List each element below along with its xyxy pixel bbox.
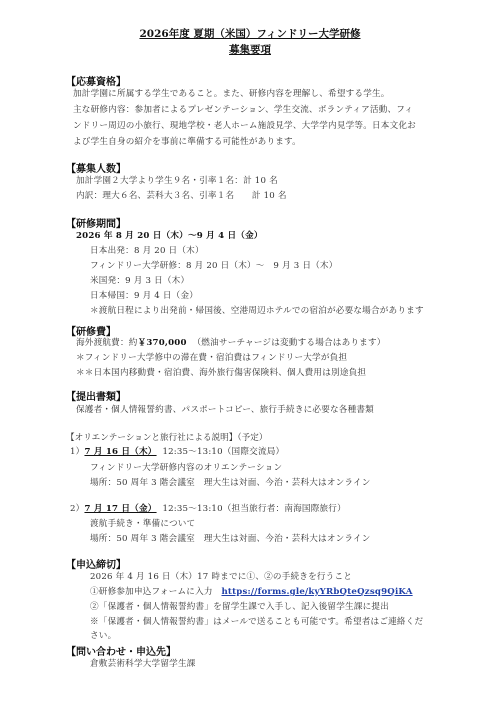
heading-documents: 【提出書類】 — [66, 388, 126, 403]
session-time: 12:35～13:10（担当旅行者：南海国際旅行） — [162, 504, 345, 514]
period-line: フィンドリー大学研修：8 月 20 日（木）～ 9 月 3 日（木） — [90, 260, 338, 272]
recruitment-line: 内訳：理大６名、芸科大３名、引率１名 計 10 名 — [76, 190, 287, 202]
documents-line: 保護者・個人情報誓約書、パスポートコピー、旅行手続きに必要な各種書類 — [76, 404, 374, 416]
fee-line: 海外渡航費：約￥370,000 （燃油サーチャージは変動する場合はあります） — [76, 337, 386, 349]
session-2-place: 場所：50 周年 3 階会議室 理大生は対面、今治・芸科大はオンライン — [90, 533, 371, 545]
recruitment-line: 加計学園２大学より学生９名・引率１名：計 10 名 — [76, 175, 278, 187]
period-line: 日本出発：8 月 20 日（木） — [90, 245, 204, 257]
heading-fee: 【研修費】 — [66, 323, 116, 338]
eligibility-line: よび学生自身の紹介を事前に準備する可能性があります。 — [73, 136, 301, 148]
period-line: 日本帰国：9 月 4 日（金） — [90, 290, 198, 302]
session-date: 7 月 16 日（木） — [84, 447, 156, 457]
deadline-note: ※「保護者・個人情報誓約書」はメールで送ることも可能です。希望者はご連絡くだ — [90, 616, 423, 628]
document-title: 2026年度 夏期（米国）フィンドリー大学研修 — [0, 26, 500, 41]
deadline-step-2: ②「保護者・個人情報誓約書」を留学生課で入手し、記入後留学生課に提出 — [90, 601, 389, 613]
title-line-2: 募集要項 — [229, 44, 271, 56]
session-number: 1） — [70, 447, 84, 457]
session-1-place: 場所：50 周年 3 階会議室 理大生は対面、今治・芸科大はオンライン — [90, 477, 371, 489]
fee-label: 海外渡航費：約 — [76, 338, 138, 348]
session-date: 7 月 17 日（金） — [84, 504, 156, 514]
deadline-step-1: ①研修参加申込フォームに入力 https://forms.gle/kyYRbQt… — [90, 586, 413, 598]
contact-office: 倉敷芸術科学大学留学生課 — [90, 658, 196, 670]
session-2-desc: 渡航手続き・準備について — [90, 518, 195, 530]
heading-deadline: 【申込締切】 — [66, 556, 126, 571]
heading-eligibility: 【応募資格】 — [66, 73, 126, 88]
fee-note-line: ＊＊日本国内移動費・宿泊費、海外旅行傷害保険料、個人費用は別途負担 — [76, 367, 366, 379]
fee-amount: ￥370,000 — [138, 338, 187, 348]
eligibility-line: 主な研修内容：参加者によるプレゼンテーション、学生交流、ボランティア活動、フィ — [73, 104, 413, 116]
step-1-label: ①研修参加申込フォームに入力 — [90, 587, 213, 597]
heading-contact: 【問い合わせ・申込先】 — [66, 643, 176, 658]
fee-note: （燃油サーチャージは変動する場合はあります） — [193, 338, 386, 348]
document-subtitle: 募集要項 — [0, 42, 500, 57]
heading-recruitment: 【募集人数】 — [66, 160, 126, 175]
period-main: 2026 年 8 月 20 日（木）～9 月 4 日（金） — [76, 230, 263, 242]
session-2-header: 2）7 月 17 日（金） 12:35～13:10（担当旅行者：南海国際旅行） — [70, 503, 346, 515]
deadline-note-cont: さい。 — [90, 630, 116, 642]
title-line-1: 2026年度 夏期（米国）フィンドリー大学研修 — [139, 28, 360, 40]
eligibility-line: 加計学園に所属する学生であること。また、研修内容を理解し、希望する学生。 — [73, 88, 390, 100]
heading-orientation: 【オリエンテーションと旅行社による説明】（予定） — [66, 431, 267, 443]
eligibility-line: ンドリー周辺の小旅行、現地学校・老人ホーム施設見学、大学学内見学等。日本文化お — [73, 120, 416, 132]
document-page: 2026年度 夏期（米国）フィンドリー大学研修 募集要項 【応募資格】 加計学園… — [0, 0, 500, 707]
session-number: 2） — [70, 504, 84, 514]
fee-note-line: ＊フィンドリー大学修中の滞在費・宿泊費はフィンドリー大学が負担 — [76, 352, 347, 364]
session-1-header: 1）7 月 16 日（木） 12:35～13:10（国際交流局） — [70, 446, 284, 458]
deadline-main: 2026 年 4 月 16 日（木）17 時までに①、②の手続きを行うこと — [90, 571, 352, 583]
session-1-desc: フィンドリー大学研修内容のオリエンテーション — [90, 462, 282, 474]
session-time: 12:35～13:10（国際交流局） — [162, 447, 284, 457]
period-line: 米国発：9 月 3 日（木） — [90, 275, 189, 287]
period-note: ＊渡航日程により出発前・帰国後、空港周辺ホテルでの宿泊が必要な場合があります — [90, 305, 424, 317]
heading-period: 【研修期間】 — [66, 215, 126, 230]
application-form-link[interactable]: https://forms.gle/kyYRbQteQzsq9QiKA — [221, 587, 412, 597]
